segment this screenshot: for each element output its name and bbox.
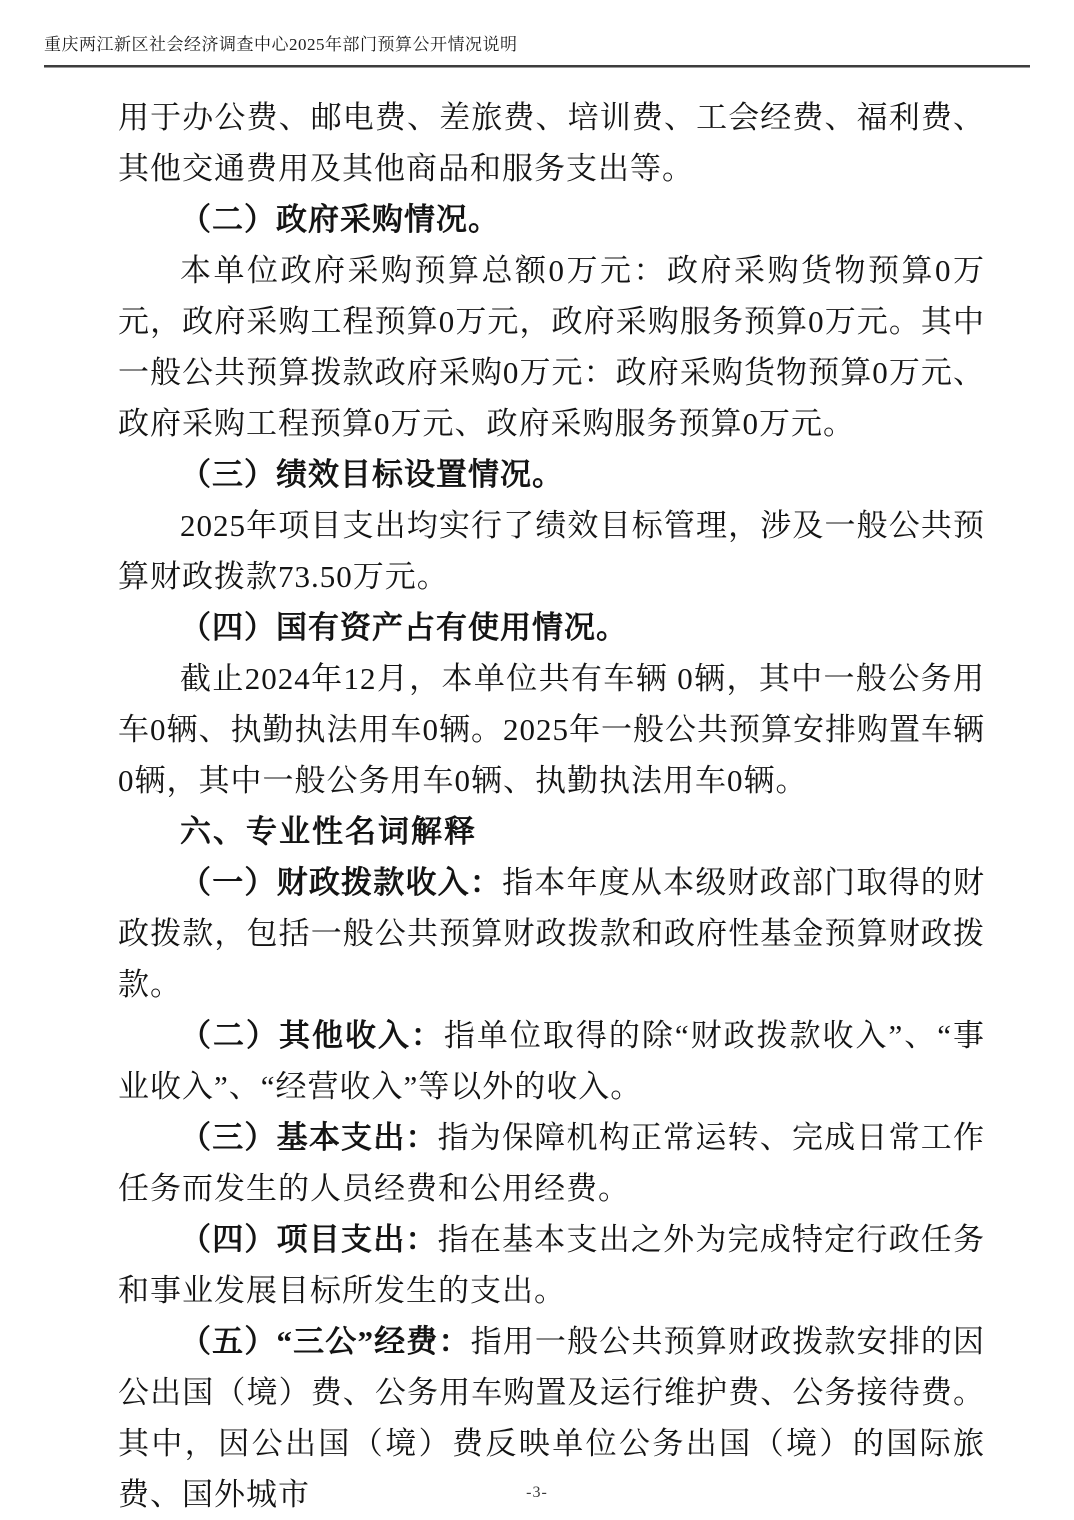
term-paragraph-project-expenditure: （四）项目支出：指在基本支出之外为完成特定行政任务和事业发展目标所发生的支出。 <box>118 1214 985 1316</box>
term-lead: （三）基本支出： <box>180 1120 438 1155</box>
term-lead: （二）其他收入： <box>180 1018 444 1053</box>
sub-heading-performance-targets: （三）绩效目标设置情况。 <box>118 449 985 500</box>
page-footer: -3- <box>0 1484 1074 1502</box>
term-paragraph-other-income: （二）其他收入：指单位取得的除“财政拨款收入”、“事业收入”、“经营收入”等以外… <box>118 1010 985 1112</box>
page-number: -3- <box>526 1484 548 1501</box>
section-heading-terminology: 六、专业性名词解释 <box>118 806 985 857</box>
term-lead: （四）项目支出： <box>180 1222 438 1257</box>
document-body: 用于办公费、邮电费、差旅费、培训费、工会经费、福利费、其他交通费用及其他商品和服… <box>118 92 985 1520</box>
paragraph-vehicles-detail: 截止2024年12月，本单位共有车辆 0辆，其中一般公务用车0辆、执勤执法用车0… <box>118 653 985 806</box>
sub-heading-state-assets: （四）国有资产占有使用情况。 <box>118 602 985 653</box>
term-paragraph-fiscal-appropriation-income: （一）财政拨款收入：指本年度从本级财政部门取得的财政拨款，包括一般公共预算财政拨… <box>118 857 985 1010</box>
page-header: 重庆两江新区社会经济调查中心2025年部门预算公开情况说明 <box>44 30 1030 68</box>
paragraph-continuation: 用于办公费、邮电费、差旅费、培训费、工会经费、福利费、其他交通费用及其他商品和服… <box>118 92 985 194</box>
term-lead: （五）“三公”经费： <box>180 1324 471 1359</box>
term-paragraph-basic-expenditure: （三）基本支出：指为保障机构正常运转、完成日常工作任务而发生的人员经费和公用经费… <box>118 1112 985 1214</box>
term-lead: （一）财政拨款收入： <box>180 865 502 900</box>
header-title: 重庆两江新区社会经济调查中心2025年部门预算公开情况说明 <box>44 30 1030 65</box>
sub-heading-government-procurement: （二）政府采购情况。 <box>118 194 985 245</box>
paragraph-procurement-detail: 本单位政府采购预算总额0万元：政府采购货物预算0万元，政府采购工程预算0万元，政… <box>118 245 985 449</box>
document-page: 重庆两江新区社会经济调查中心2025年部门预算公开情况说明 用于办公费、邮电费、… <box>0 0 1074 1520</box>
header-rule <box>44 65 1030 68</box>
paragraph-performance-detail: 2025年项目支出均实行了绩效目标管理，涉及一般公共预算财政拨款73.50万元。 <box>118 500 985 602</box>
